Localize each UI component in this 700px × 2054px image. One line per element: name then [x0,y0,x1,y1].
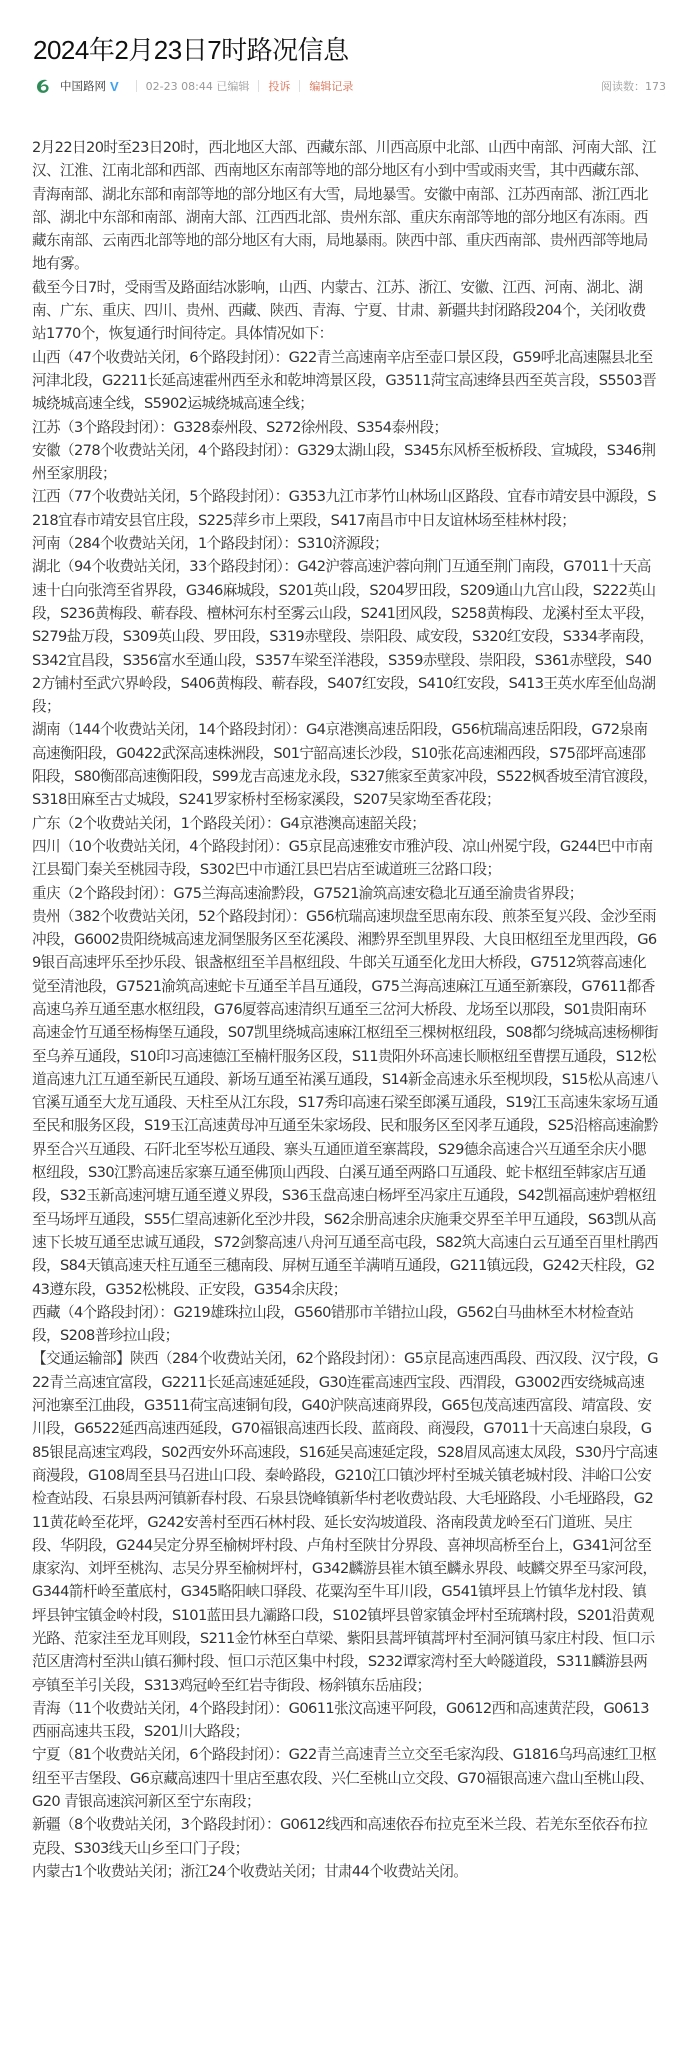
article-body: 2月22日20时至23日20时，西北地区大部、西藏东部、川西高原中北部、山西中南… [32,136,658,1883]
author-name-link[interactable]: 中国路网 [60,78,106,94]
province-shanxi: 山西（47个收费站关闭，6个路段封闭）：G22青兰高速南辛店至壶口景区段，G59… [32,346,658,416]
province-guizhou: 贵州（382个收费站关闭，52个路段封闭）：G56杭瑞高速坝盘至思南东段、煎茶至… [32,905,658,1301]
divider [299,80,300,92]
author-logo-icon[interactable] [34,77,52,95]
province-henan: 河南（284个收费站关闭，1个路段封闭）：S310济源段； [32,532,658,555]
other-provinces-summary: 内蒙古1个收费站关闭；浙江24个收费站关闭；甘肃44个收费站关闭。 [32,1860,658,1883]
province-hubei: 湖北（94个收费站关闭，33个路段封闭）：G42沪蓉高速沪蓉向荆门互通至荆门南段… [32,555,658,718]
province-xizang: 西藏（4个路段封闭）：G219雄珠拉山段，G560错那市羊错拉山段，G562白马… [32,1301,658,1348]
province-ningxia: 宁夏（81个收费站关闭，6个路段封闭）：G22青兰高速青兰立交至毛家沟段、G18… [32,1743,658,1813]
article-meta-bar: 中国路网 V 02-23 08:44 已编辑 投诉 编辑记录 阅读数：173 [34,74,666,98]
province-jiangsu: 江苏（3个路段封闭）：G328泰州段、S272徐州段、S354泰州段； [32,416,658,439]
publish-timestamp: 02-23 08:44 已编辑 [146,78,250,94]
province-jiangxi: 江西（77个收费站关闭，5个路段封闭）：G353九江市茅竹山林场山区路段、宜春市… [32,485,658,532]
province-sichuan: 四川（10个收费站关闭，4个路段封闭）：G5京昆高速雅安市雅泸段、凉山州冕宁段，… [32,835,658,882]
read-count: 阅读数：173 [601,78,666,94]
report-link[interactable]: 投诉 [268,78,290,94]
closure-summary-paragraph: 截至今日7时，受雨雪及路面结冰影响，山西、内蒙古、江苏、浙江、安徽、江西、河南、… [32,276,658,346]
province-hunan: 湖南（144个收费站关闭，14个路段封闭）：G4京港澳高速岳阳段，G56杭瑞高速… [32,718,658,811]
province-guangdong: 广东（2个收费站关闭，1个路段关闭）：G4京港澳高速韶关段； [32,812,658,835]
province-anhui: 安徽（278个收费站关闭，4个路段封闭）：G329太湖山段，S345东风桥至板桥… [32,439,658,486]
edit-history-link[interactable]: 编辑记录 [309,78,353,94]
article-title: 2024年2月23日7时路况信息 [33,30,349,67]
province-chongqing: 重庆（2个路段封闭）：G75兰海高速渝黔段，G7521渝筑高速安稳北互通至渝贵省… [32,882,658,905]
divider [136,80,137,92]
weather-summary-paragraph: 2月22日20时至23日20时，西北地区大部、西藏东部、川西高原中北部、山西中南… [32,136,658,276]
province-qinghai: 青海（11个收费站关闭，4个路段封闭）：G0611张汶高速平阿段，G0612西和… [32,1697,658,1744]
province-shaanxi: 【交通运输部】陕西（284个收费站关闭，62个路段封闭）：G5京昆高速西禹段、西… [32,1347,658,1696]
province-xinjiang: 新疆（8个收费站关闭，3个路段封闭）：G0612线西和高速依吞布拉克至米兰段、若… [32,1813,658,1860]
verified-badge-icon: V [110,79,119,94]
divider [258,80,259,92]
